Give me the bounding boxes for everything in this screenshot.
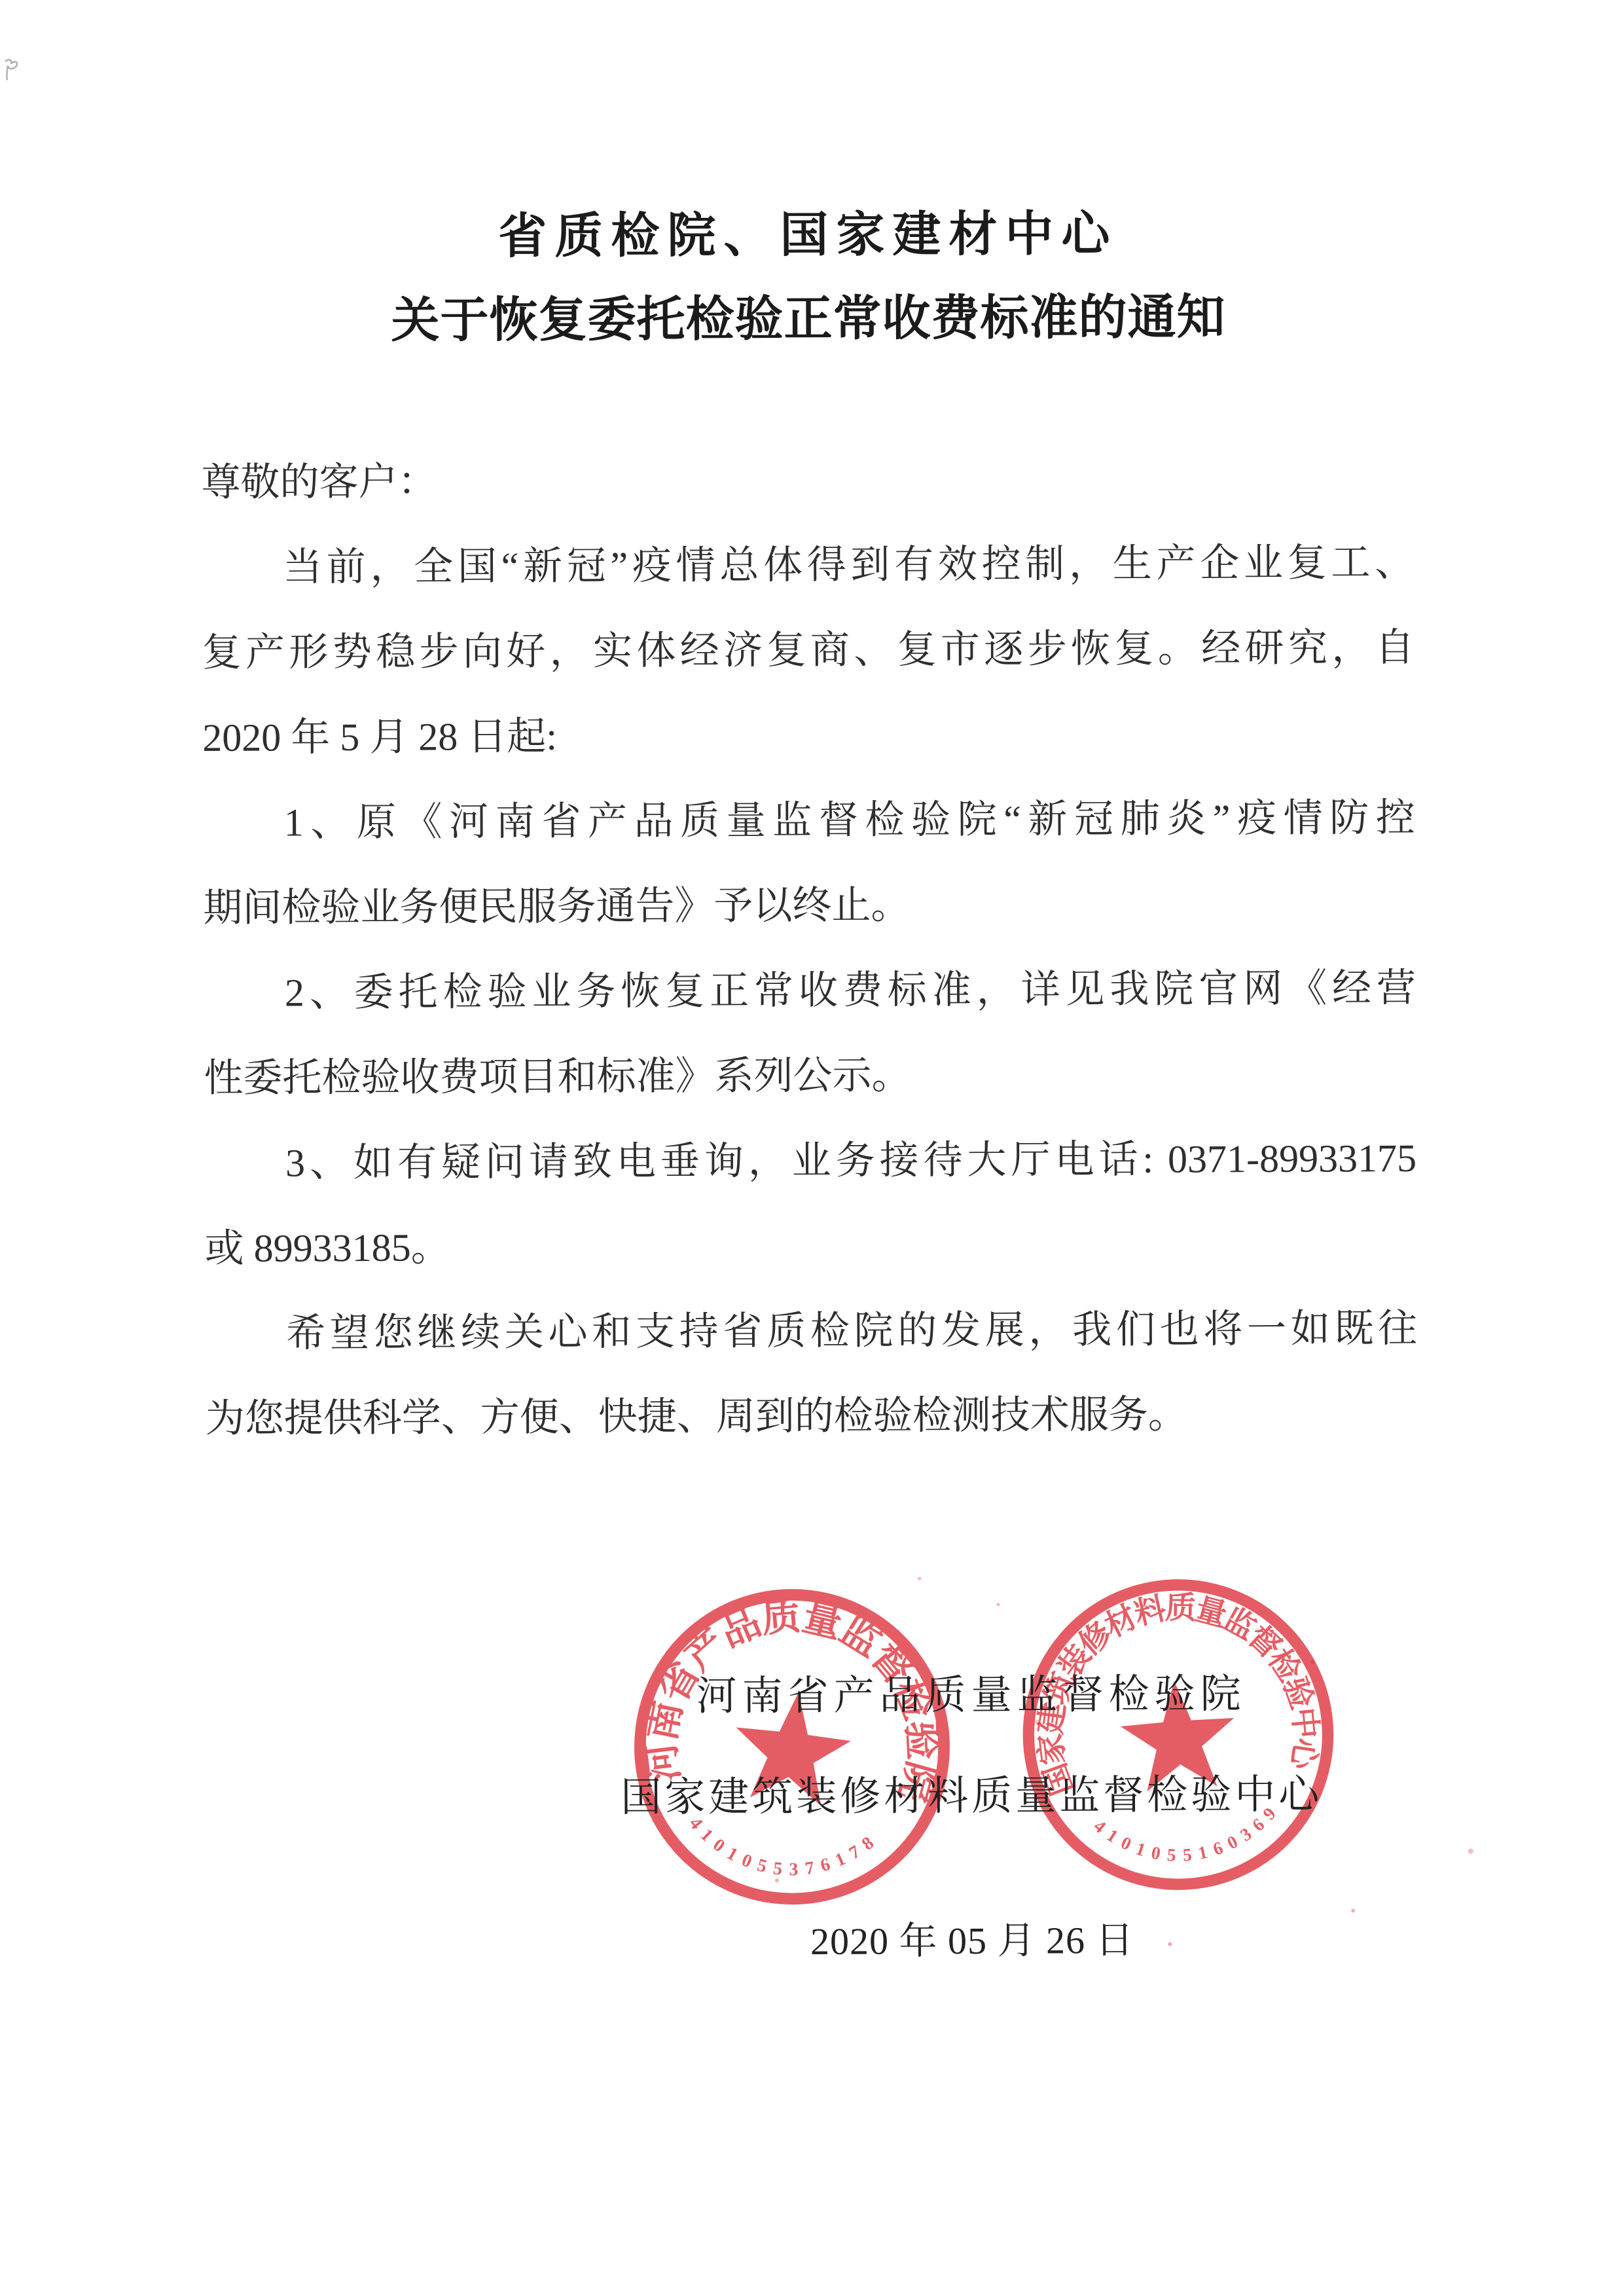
body-line: 期间检验业务便民服务通告》予以终止。: [203, 860, 1416, 951]
ink-speckles: [997, 1603, 1000, 1606]
signature-org-1: 河南省产品质量监督检验院: [696, 1661, 1246, 1722]
scanned-notice-page: 省质检院、国家建材中心 关于恢复委托检验正常收费标准的通知 尊敬的客户： 当前，…: [0, 0, 1624, 2296]
body-line: 3、如有疑问请致电垂询，业务接待大厅电话: 0371-89933175: [204, 1116, 1417, 1206]
body-line: 2、委托检验业务恢复正常收费标准，详见我院官网《经营: [204, 945, 1416, 1036]
scan-artifact-mark: [3, 57, 23, 82]
body-line: 1、原《河南省产品质量监督检验院“新冠肺炎”疫情防控: [203, 775, 1416, 866]
signature-date: 2020 年 05 月 26 日: [810, 1909, 1134, 1965]
document-title: 省质检院、国家建材中心 关于恢复委托检验正常收费标准的通知: [0, 191, 1621, 365]
body-line: 当前，全国“新冠”疫情总体得到有效控制，生产企业复工、: [202, 520, 1415, 610]
official-seal-right: 国家建筑装修材料质量监督检验中心 4101055160369: [999, 1555, 1358, 1914]
title-line-1: 省质检院、国家建材中心: [0, 191, 1620, 282]
body-line: 希望您继续关心和支持省质检院的发展，我们也将一如既往: [205, 1286, 1418, 1376]
body-line: 复产形势稳步向好，实体经济复商、复市逐步恢复。经研究，自: [202, 605, 1415, 695]
salutation: 尊敬的客户：: [201, 435, 1414, 525]
body-text: 当前，全国“新冠”疫情总体得到有效控制，生产企业复工、复产形势稳步向好，实体经济…: [202, 520, 1418, 1461]
scan-content: 省质检院、国家建材中心 关于恢复委托检验正常收费标准的通知 尊敬的客户： 当前，…: [0, 0, 1624, 2296]
body-line: 性委托检验收费项目和标准》系列公示。: [204, 1030, 1416, 1121]
title-line-2: 关于恢复委托检验正常收费标准的通知: [0, 274, 1621, 365]
official-seal-left: 河南省产品质量监督检验院 4101055376178: [603, 1558, 981, 1936]
body-line: 为您提供科学、方便、快捷、周到的检验检测技术服务。: [206, 1371, 1418, 1461]
signature-org-2: 国家建筑装修材料质量监督检验中心: [621, 1762, 1322, 1823]
body-line: 或 89933185。: [204, 1201, 1417, 1291]
body-line: 2020 年 5 月 28 日起:: [202, 690, 1415, 780]
